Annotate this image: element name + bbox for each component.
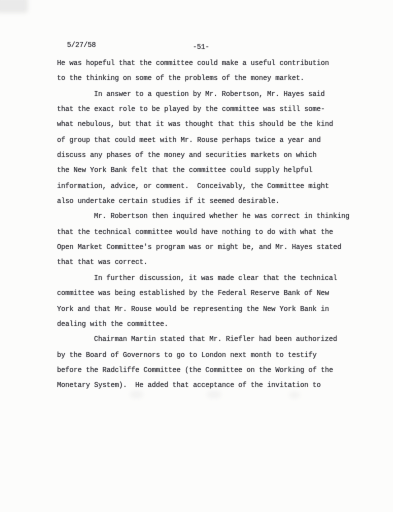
text-line: that that was correct. — [57, 256, 357, 271]
text-line: In answer to a question by Mr. Robertson… — [57, 88, 357, 103]
text-line: Mr. Robertson then inquired whether he w… — [57, 210, 357, 225]
page-number: -51- — [57, 44, 345, 52]
text-line: what nebulous, but that it was thought t… — [57, 118, 357, 133]
text-line: that the technical committee would have … — [57, 226, 357, 241]
text-line: discuss any phases of the money and secu… — [57, 149, 357, 164]
text-line: Chairman Martin stated that Mr. Riefler … — [57, 333, 357, 348]
text-line: He was hopeful that the committee could … — [57, 57, 357, 72]
scan-artifact — [0, 0, 28, 13]
text-line: York and that Mr. Rouse would be represe… — [57, 303, 357, 318]
text-line: the New York Bank felt that the committe… — [57, 164, 357, 179]
text-line: of group that could meet with Mr. Rouse … — [57, 134, 357, 149]
text-line: before the Radcliffe Committee (the Comm… — [57, 364, 357, 379]
document-page: 5/27/58 -51- He was hopeful that the com… — [0, 0, 393, 512]
text-line: Monetary System). He added that acceptan… — [57, 379, 357, 394]
page-header: 5/27/58 -51- — [57, 42, 345, 55]
text-line: by the Board of Governors to go to Londo… — [57, 349, 357, 364]
text-line: to the thinking on some of the problems … — [57, 72, 357, 87]
text-line: In further discussion, it was made clear… — [57, 272, 357, 287]
text-line: also undertake certain studies if it see… — [57, 195, 357, 210]
text-line: committee was being established by the F… — [57, 287, 357, 302]
text-line: information, advice, or comment. Conceiv… — [57, 180, 357, 195]
document-body: He was hopeful that the committee could … — [57, 57, 357, 395]
text-line: dealing with the committee. — [57, 318, 357, 333]
text-line: Open Market Committee's program was or m… — [57, 241, 357, 256]
text-line: that the exact role to be played by the … — [57, 103, 357, 118]
